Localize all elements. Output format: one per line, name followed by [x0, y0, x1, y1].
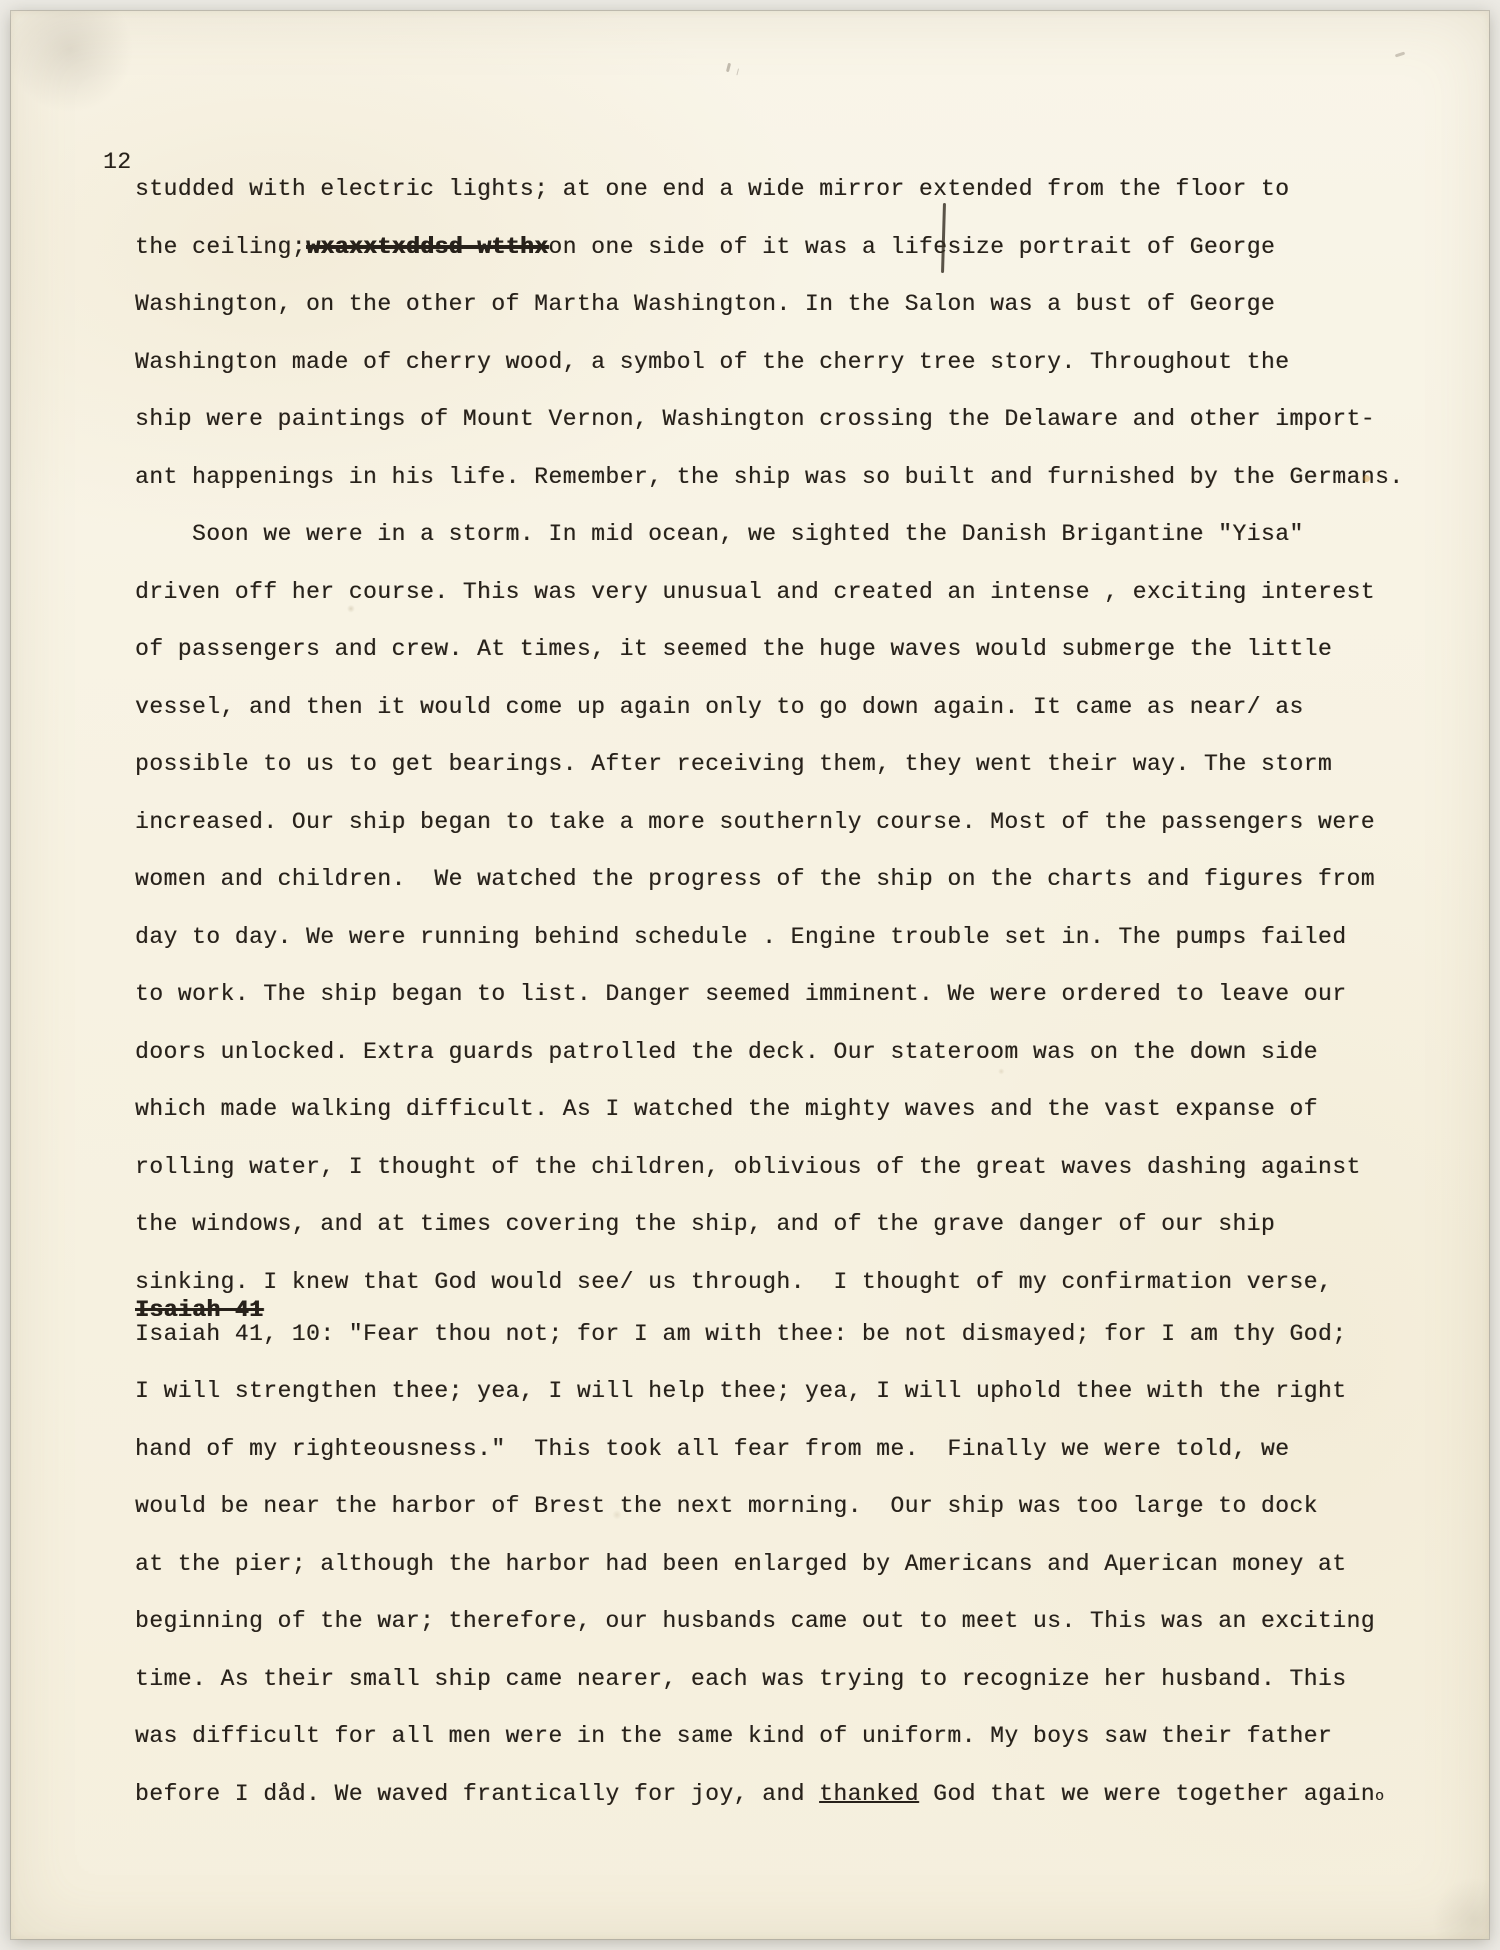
- text-line: which made walking difficult. As I watch…: [135, 1097, 1435, 1121]
- text-line: would be near the harbor of Brest the ne…: [135, 1494, 1435, 1518]
- text-line: of passengers and crew. At times, it see…: [135, 637, 1435, 661]
- text-line: ant happenings in his life. Remember, th…: [135, 465, 1435, 489]
- text-segment-small: o: [1375, 1788, 1384, 1805]
- paper-speck: [726, 63, 731, 72]
- text-segment: the ceiling;: [135, 234, 306, 260]
- typewritten-text-block: studded with electric lights; at one end…: [135, 177, 1435, 1839]
- paper-speck: [1363, 475, 1370, 482]
- text-line: beginning of the war; therefore, our hus…: [135, 1609, 1435, 1633]
- text-line: ship were paintings of Mount Vernon, Was…: [135, 407, 1435, 431]
- page-number: 12: [103, 149, 132, 175]
- text-line: Soon we were in a storm. In mid ocean, w…: [135, 522, 1435, 546]
- text-segment: on one side of it was a lifesize portrai…: [548, 234, 1275, 260]
- text-segment-underline: thanked: [819, 1781, 919, 1807]
- text-line: time. As their small ship came nearer, e…: [135, 1667, 1435, 1691]
- text-line: the windows, and at times covering the s…: [135, 1212, 1435, 1236]
- text-line: I will strengthen thee; yea, I will help…: [135, 1379, 1435, 1403]
- text-line: Washington, on the other of Martha Washi…: [135, 292, 1435, 316]
- text-segment: before I dåd. We waved frantically for j…: [135, 1781, 819, 1807]
- scanned-document-page: { "document": { "page_number": "12", "co…: [0, 0, 1500, 1950]
- text-line: driven off her course. This was very unu…: [135, 580, 1435, 604]
- text-line: increased. Our ship began to take a more…: [135, 810, 1435, 834]
- text-line: doors unlocked. Extra guards patrolled t…: [135, 1040, 1435, 1064]
- text-line: hand of my righteousness." This took all…: [135, 1437, 1435, 1461]
- text-line: Isaiah 41, 10: "Fear thou not; for I am …: [135, 1322, 1435, 1346]
- text-segment-struck: wxaxxtxddsd wtthx: [306, 234, 548, 260]
- text-line: rolling water, I thought of the children…: [135, 1155, 1435, 1179]
- text-line: the ceiling;wxaxxtxddsd wtthxon one side…: [135, 235, 1435, 259]
- text-line: sinking. I knew that God would see/ us t…: [135, 1270, 1435, 1294]
- text-line: at the pier; although the harbor had bee…: [135, 1552, 1435, 1576]
- text-line: Washington made of cherry wood, a symbol…: [135, 350, 1435, 374]
- text-segment: God that we were together again: [919, 1781, 1375, 1807]
- text-line: day to day. We were running behind sched…: [135, 925, 1435, 949]
- text-line: Isaiah 41: [135, 1298, 1435, 1322]
- paper-speck: [1395, 52, 1405, 58]
- text-line: vessel, and then it would come up again …: [135, 695, 1435, 719]
- paper-sheet: 12 studded with electric lights; at one …: [11, 11, 1489, 1939]
- text-line: before I dåd. We waved frantically for j…: [135, 1782, 1435, 1806]
- text-line: studded with electric lights; at one end…: [135, 177, 1435, 201]
- text-line: women and children. We watched the progr…: [135, 867, 1435, 891]
- text-line: possible to us to get bearings. After re…: [135, 752, 1435, 776]
- text-line: was difficult for all men were in the sa…: [135, 1724, 1435, 1748]
- text-line: to work. The ship began to list. Danger …: [135, 982, 1435, 1006]
